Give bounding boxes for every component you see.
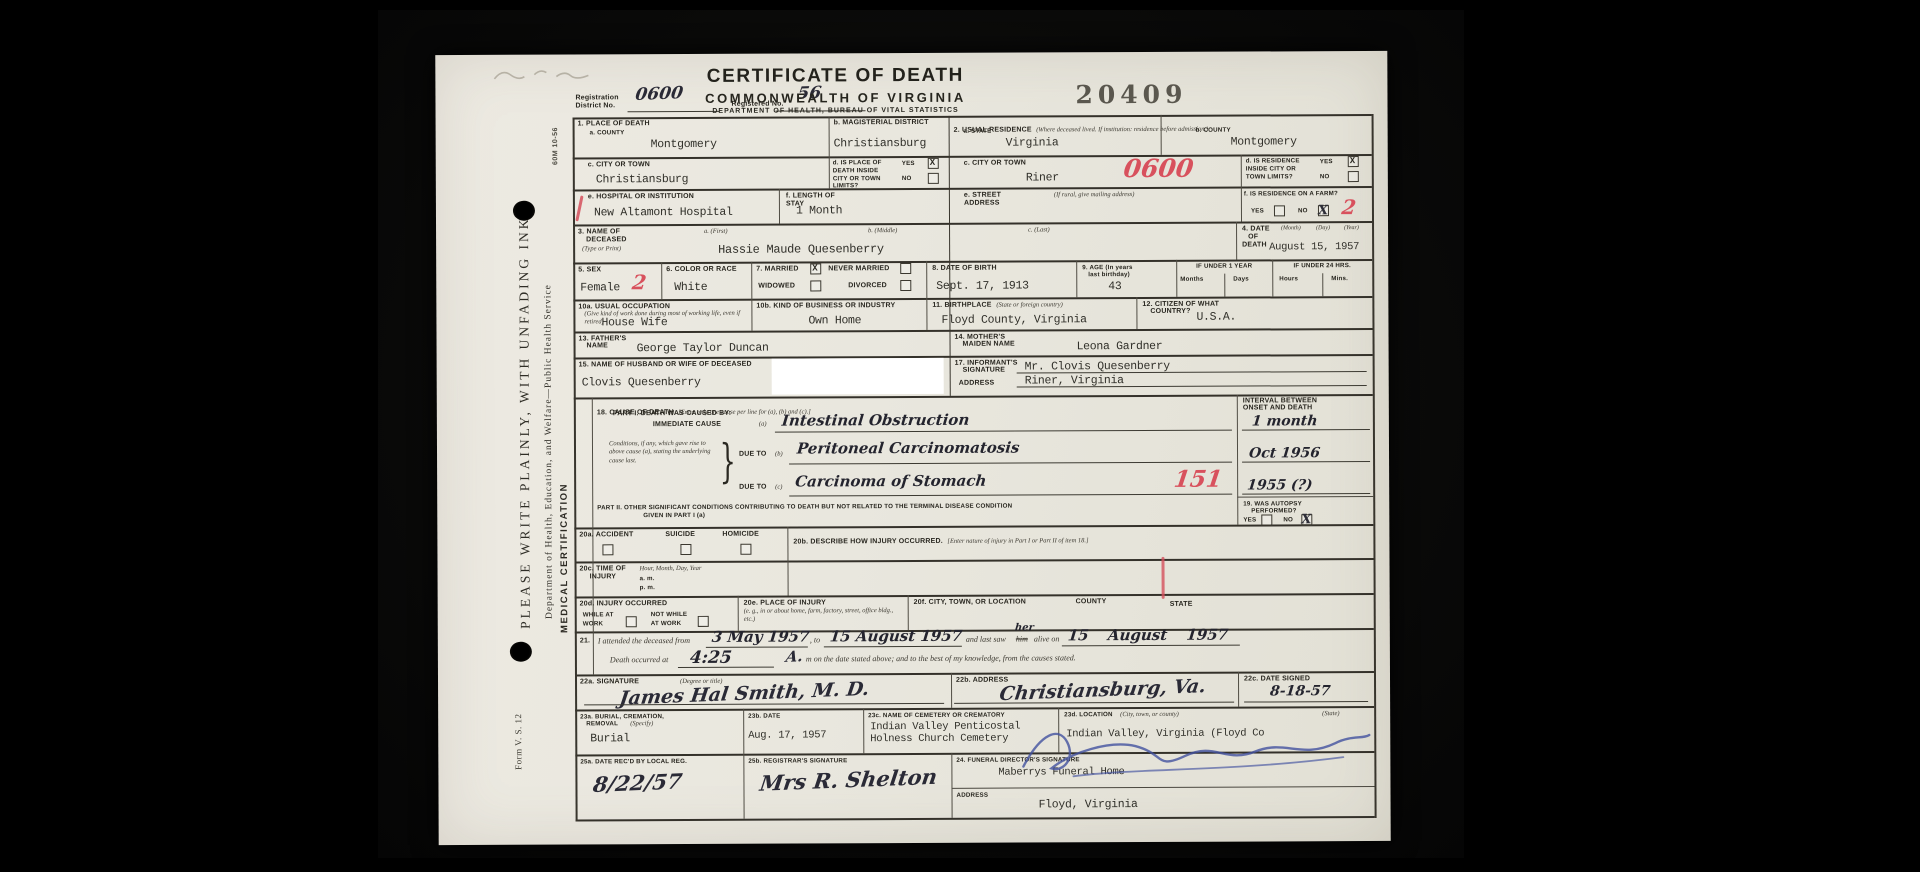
burial-date-value: Aug. 17, 1957 [748, 729, 826, 742]
form-code-vertical: Form V. S. 12 [513, 697, 523, 787]
residence-city-value: Riner [1026, 171, 1059, 186]
alive-on-date: 15 August 1957 [1067, 628, 1229, 644]
medical-certification-vertical: MEDICAL CERTIFICATION [558, 443, 570, 673]
cause-c-value: Carcinoma of Stomach [794, 474, 987, 490]
residence-limits-label: d. IS RESIDENCE INSIDE CITY OR TOWN LIMI… [1246, 157, 1308, 181]
place-city-label: c. CITY OR TOWN [588, 161, 650, 170]
print-code-vertical: 60M 10-56 [552, 116, 559, 176]
sex-code-red: 2 [631, 272, 648, 292]
married-checkbox [810, 263, 821, 274]
place-limits-yes-checkbox [928, 158, 939, 169]
registrar-signature-script: Mrs R. Shelton [759, 766, 939, 794]
due-to-c-label: DUE TO [739, 484, 767, 493]
mins-header: Mins. [1331, 275, 1348, 283]
date-of-death-label-3: DEATH [1242, 241, 1267, 250]
burial-date-label: 23b. DATE [748, 713, 780, 721]
divorced-label: DIVORCED [848, 282, 887, 291]
business-label: 10b. KIND OF BUSINESS OR INDUSTRY [756, 302, 895, 311]
not-while-checkbox [698, 616, 709, 627]
informant-address-label: ADDRESS [959, 380, 995, 389]
interval-b-value: Oct 1956 [1248, 446, 1320, 460]
place-limits-yes-label: YES [902, 160, 915, 168]
sex-label: 5. SEX [578, 266, 601, 275]
bureau-line: DEPARTMENT OF HEALTH, BUREAU OF VITAL ST… [586, 106, 1086, 115]
deceased-name-label-3: (Type or Print) [582, 245, 621, 254]
injury-occurred-label: 20d. INJURY OCCURRED [580, 600, 668, 609]
under-24-hrs-header: IF UNDER 24 HRS. [1273, 262, 1371, 270]
attended-from-text: I attended the deceased from [598, 636, 690, 647]
certificate-title: CERTIFICATE OF DEATH [585, 64, 1085, 88]
certificate-serial-stamp: 20409 [1075, 80, 1187, 109]
place-county-value: Montgomery [651, 138, 717, 153]
deceased-name-label-2: DECEASED [586, 236, 627, 245]
attended-from-date: 3 May 1957 [711, 629, 810, 644]
cause-b-tag: (b) [775, 451, 783, 459]
autopsy-yes-label: YES [1243, 517, 1256, 525]
burial-value: Burial [590, 732, 630, 747]
accident-label: 20a. ACCIDENT [579, 531, 633, 540]
autopsy-no-label: NO [1283, 516, 1293, 524]
interval-a-value: 1 month [1251, 414, 1318, 428]
while-at-work-checkbox [626, 616, 637, 627]
widowed-label: WIDOWED [758, 283, 795, 292]
farm-no-checkbox [1318, 205, 1329, 216]
magisterial-district-value: Christiansburg [834, 137, 926, 152]
age-value: 43 [1108, 280, 1121, 294]
residence-state-value: Virginia [1006, 136, 1059, 151]
death-occurred-text: Death occurred at [610, 655, 668, 666]
residence-county-label: b. COUNTY [1196, 127, 1231, 135]
date-of-birth-value: Sept. 17, 1913 [936, 279, 1028, 294]
item-21-number: 21. [580, 637, 590, 646]
magisterial-district-label: b. MAGISTERIAL DISTRICT [834, 119, 929, 128]
birthplace-label: 11. BIRTHPLACE [932, 302, 991, 311]
mother-value: Leona Gardner [1077, 340, 1163, 355]
residence-county-value: Montgomery [1231, 135, 1297, 150]
mother-label-2: MAIDEN NAME [963, 341, 1015, 350]
citizen-value: U.S.A. [1196, 311, 1236, 326]
funeral-address-label: ADDRESS [957, 792, 989, 800]
dod-month-header: (Month) [1281, 225, 1301, 233]
death-statement-tail: m on the date stated above; and to the b… [806, 653, 1076, 665]
place-limits-no-checkbox [928, 173, 939, 184]
farm-label: f. IS RESIDENCE ON A FARM? [1244, 190, 1338, 198]
am-label: a. m. [640, 575, 655, 583]
cause-a-tag: (a) [759, 421, 767, 429]
never-married-checkbox [900, 263, 911, 274]
residence-limits-yes-checkbox [1348, 156, 1359, 167]
cause-code-red: 151 [1173, 468, 1224, 491]
him-struck-text: him [1016, 635, 1028, 645]
street-address-note: (If rural, give mailing address) [1054, 191, 1135, 200]
injury-county-label: COUNTY [1076, 598, 1107, 607]
street-address-label-2: ADDRESS [964, 200, 1000, 209]
residence-limits-yes-label: YES [1320, 158, 1333, 166]
farm-code-red: 2 [1341, 197, 1358, 217]
while-at-work-label: WHILE AT [583, 611, 614, 619]
race-value: White [674, 281, 707, 296]
under-1-year-header: IF UNDER 1 YEAR [1177, 262, 1271, 270]
registrar-signature-label: 25b. REGISTRAR'S SIGNATURE [748, 757, 847, 765]
never-married-label: NEVER MARRIED [828, 265, 889, 274]
father-value: George Taylor Duncan [637, 342, 769, 357]
attended-to-date: 15 August 1957 [829, 629, 963, 645]
red-mark-state-column [1161, 557, 1164, 599]
physician-signature-label: 22a. SIGNATURE [580, 678, 639, 687]
injury-city-label: 20f. CITY, TOWN, OR LOCATION [914, 599, 1026, 608]
conditions-brace: } [720, 434, 736, 488]
to-text: , to [810, 635, 820, 645]
autopsy-label-2: PERFORMED? [1251, 507, 1296, 515]
hospital-value: New Altamont Hospital [594, 206, 733, 221]
time-of-injury-note: Hour, Month, Day, Year [640, 565, 702, 574]
last-saw-text: and last saw [966, 635, 1006, 646]
homicide-label: HOMICIDE [722, 531, 759, 540]
father-label-2: NAME [587, 342, 608, 351]
birthplace-value: Floyd County, Virginia [941, 313, 1086, 328]
hospital-label: e. HOSPITAL OR INSTITUTION [588, 193, 694, 202]
redaction-box [772, 358, 944, 395]
race-label: 6. COLOR OR RACE [666, 266, 737, 275]
part1-label: PART I. DEATH WAS CAUSED BY: [613, 410, 731, 419]
injury-state-label: STATE [1170, 601, 1193, 610]
dod-year-header: (Year) [1344, 225, 1359, 233]
spouse-value: Clovis Quesenberry [582, 376, 701, 391]
immediate-cause-label: IMMEDIATE CAUSE [653, 421, 721, 430]
place-city-value: Christiansburg [596, 173, 688, 188]
length-of-stay-value: 1 Month [796, 204, 842, 219]
red-check-mark-hospital [575, 195, 583, 221]
autopsy-yes-checkbox [1261, 514, 1272, 525]
death-certificate-document: 60M 10-56 PLEASE WRITE PLAINLY, WITH UNF… [435, 51, 1390, 845]
age-label-2: last birthday) [1088, 271, 1130, 279]
residence-section-header: 2. USUAL RESIDENCE (Where deceased lived… [954, 117, 1368, 137]
middle-name-header: b. (Middle) [868, 227, 897, 236]
widowed-checkbox [810, 280, 821, 291]
while-at-work-label-2: WORK [583, 620, 603, 628]
business-value: Own Home [808, 314, 861, 329]
divorced-checkbox [900, 280, 911, 291]
burial-note: (Specify) [630, 720, 653, 729]
residence-limits-no-checkbox [1348, 171, 1359, 182]
deceased-name-value: Hassie Maude Quesenberry [718, 242, 884, 258]
days-header: Days [1233, 276, 1249, 284]
hours-header: Hours [1279, 275, 1298, 283]
suicide-checkbox [680, 544, 691, 555]
place-limits-label: d. IS PLACE OF DEATH INSIDE CITY OR TOWN… [833, 159, 895, 190]
cause-b-value: Peritoneal Carcinomatosis [796, 441, 1020, 457]
not-while-label: NOT WHILE [651, 611, 688, 619]
commonwealth-subtitle: COMMONWEALTH OF VIRGINIA [585, 89, 1085, 106]
department-service-vertical: Department of Health, Education, and Wel… [543, 282, 554, 622]
funeral-director-signature-script [1013, 711, 1375, 783]
burial-label-2: REMOVAL [586, 720, 618, 728]
first-name-header: a. (First) [704, 228, 728, 237]
death-time-value: 4:25 [689, 650, 732, 667]
residence-city-label: c. CITY OR TOWN [964, 160, 1026, 169]
cemetery-value-line2: Holness Church Cemetery [870, 733, 1008, 747]
last-name-header: c. (Last) [1028, 226, 1050, 235]
time-of-injury-label-2: INJURY [590, 573, 617, 582]
death-meridiem-handwritten: A. [785, 649, 804, 665]
her-handwritten: her [1014, 623, 1034, 633]
write-plainly-vertical: PLEASE WRITE PLAINLY, WITH UNFADING INK [516, 213, 534, 633]
married-label: 7. MARRIED [756, 265, 798, 274]
spouse-label: 15. NAME OF HUSBAND OR WIFE OF DECEASED [579, 361, 752, 371]
cause-c-tag: (c) [775, 484, 782, 492]
sex-value: Female [580, 281, 620, 296]
not-while-label-2: AT WORK [651, 620, 682, 628]
place-of-injury-note: (e. g., in or about home, farm, factory,… [744, 607, 902, 625]
date-signed-value: 8-18-57 [1269, 684, 1331, 698]
occupation-value: House Wife [601, 316, 667, 331]
months-header: Months [1180, 276, 1203, 284]
residence-city-code-red: 0600 [1122, 156, 1195, 181]
part2-label: PART II. OTHER SIGNIFICANT CONDITIONS CO… [597, 503, 1012, 513]
farm-no-label: NO [1298, 207, 1308, 215]
place-limits-no-label: NO [902, 175, 912, 183]
citizen-label-2: COUNTRY? [1150, 308, 1190, 317]
autopsy-no-checkbox [1301, 514, 1312, 525]
interval-header-2: ONSET AND DEATH [1243, 404, 1313, 413]
date-received-label: 25a. DATE REC'D BY LOCAL REG. [580, 758, 687, 766]
describe-injury-header: 20b. DESCRIBE HOW INJURY OCCURRED. [Ente… [793, 529, 1088, 548]
immediate-cause-value: Intestinal Obstruction [781, 413, 970, 429]
pm-label: p. m. [640, 584, 655, 592]
homicide-checkbox [740, 544, 751, 555]
informant-label-2: SIGNATURE [963, 367, 1006, 376]
part2-label-2: GIVEN IN PART I (a) [643, 512, 705, 520]
residence-limits-no-label: NO [1320, 173, 1330, 181]
dod-day-header: (Day) [1316, 225, 1330, 233]
conditions-note: Conditions, if any, which gave rise to a… [609, 440, 713, 466]
suicide-label: SUICIDE [665, 531, 695, 540]
cemetery-label: 23c. NAME OF CEMETERY OR CREMATORY [868, 712, 1005, 720]
due-to-b-label: DUE TO [739, 451, 767, 460]
physician-address-script: Christiansburg, Va. [998, 677, 1207, 704]
accident-checkbox [602, 544, 613, 555]
date-received-script: 8/22/57 [592, 770, 684, 794]
place-county-label: a. COUNTY [590, 129, 625, 137]
residence-state-label: a. STATE [964, 128, 992, 136]
farm-yes-label: YES [1251, 207, 1264, 215]
scan-stage: 60M 10-56 PLEASE WRITE PLAINLY, WITH UNF… [0, 0, 1920, 872]
alive-on-text: alive on [1034, 634, 1060, 645]
date-of-death-value: August 15, 1957 [1269, 241, 1359, 255]
interval-c-value: 1955 (?) [1246, 478, 1313, 492]
funeral-address-value: Floyd, Virginia [1039, 798, 1138, 813]
pencil-scribble [490, 62, 600, 88]
place-section-label: 1. PLACE OF DEATH [578, 120, 650, 129]
birthplace-note: (State or foreign country) [996, 301, 1062, 310]
date-of-birth-label: 8. DATE OF BIRTH [932, 265, 997, 274]
farm-yes-checkbox [1274, 205, 1285, 216]
punch-hole-bottom [510, 642, 532, 662]
